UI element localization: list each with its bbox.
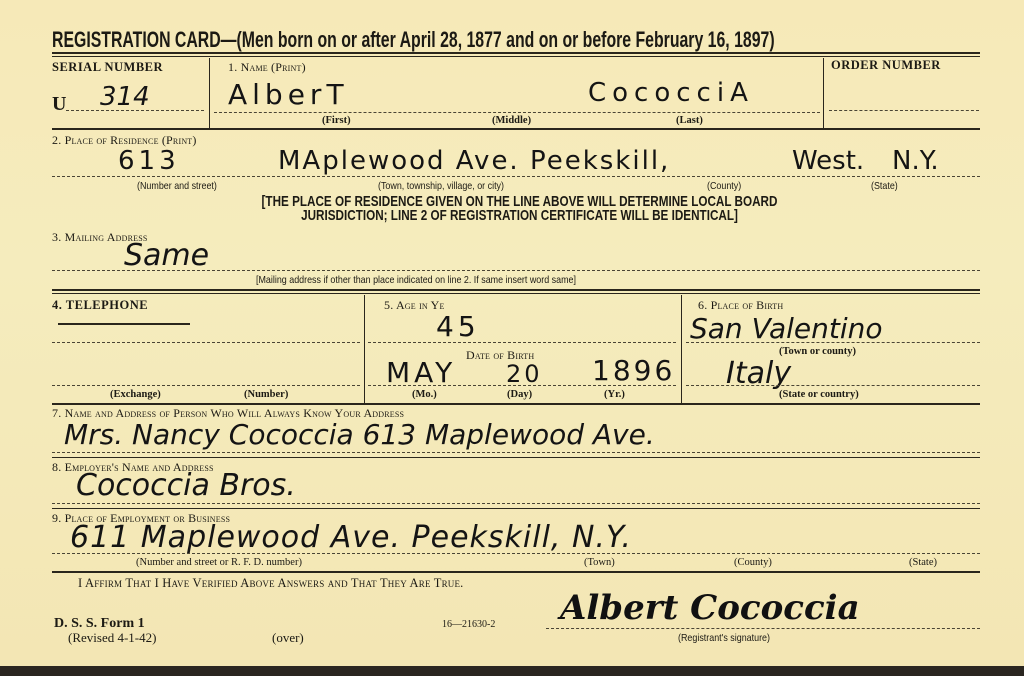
row3-rule [52, 289, 980, 291]
serial-number-label: SERIAL NUMBER [52, 60, 163, 75]
residence-town-field[interactable]: MAplewood Ave. Peekskill, [278, 146, 670, 176]
caption-town: (Town, township, village, or city) [378, 180, 504, 192]
age-field[interactable]: 45 [436, 310, 480, 343]
telephone-field[interactable] [58, 323, 190, 325]
caption-year: (Yr.) [604, 389, 625, 400]
signature-line [546, 628, 980, 629]
row3-rule-2 [52, 293, 980, 294]
jurisdiction-notice-line2: JURISDICTION; LINE 2 OF REGISTRATION CER… [110, 207, 929, 224]
order-number-label: ORDER NUMBER [831, 58, 941, 73]
form-revised: (Revised 4-1-42) [68, 630, 156, 646]
serial-prefix: U [52, 93, 66, 116]
order-divider [823, 58, 824, 128]
contact-person-field[interactable]: Mrs. Nancy Cococcia 613 Maplewood Ave. [64, 418, 655, 451]
caption-exchange: (Exchange) [110, 389, 161, 400]
birth-town-field[interactable]: San Valentino [690, 312, 883, 345]
row9-rule [52, 571, 980, 573]
caption-employment-town: (Town) [584, 557, 615, 568]
caption-month: (Mo.) [412, 389, 437, 400]
signature-caption: (Registrant's signature) [678, 632, 770, 644]
row8-rule [52, 508, 980, 509]
first-name-field[interactable]: AlberT [228, 78, 349, 111]
telephone-line-2 [52, 385, 360, 386]
age-line [368, 342, 676, 343]
name-line [214, 112, 820, 113]
caption-last: (Last) [676, 115, 703, 126]
telephone-line-1 [52, 342, 360, 343]
telephone-divider [364, 295, 365, 403]
caption-county: (County) [707, 180, 741, 192]
employer-line [52, 503, 980, 504]
residence-state-field[interactable]: N.Y. [892, 146, 939, 176]
caption-day: (Day) [507, 389, 532, 400]
card-title: REGISTRATION CARD—(Men born on or after … [52, 27, 775, 53]
row1-rule [52, 128, 980, 130]
over-note: (over) [272, 630, 304, 646]
print-code: 16—21630-2 [442, 619, 495, 630]
row6-rule [52, 403, 980, 405]
affirmation-text: I Affirm That I Have Verified Above Answ… [78, 576, 464, 591]
order-number-field[interactable] [829, 110, 979, 111]
caption-telephone-number: (Number) [244, 389, 288, 400]
caption-employment-county: (County) [734, 557, 772, 568]
employment-place-field[interactable]: 611 Maplewood Ave. Peekskill, N.Y. [70, 520, 632, 555]
caption-state-country: (State or country) [779, 389, 859, 400]
registrant-signature[interactable]: Albert Cococcia [560, 588, 860, 628]
name-label: 1. Name (Print) [228, 60, 306, 75]
residence-street-field[interactable]: 613 [118, 146, 180, 176]
employer-field[interactable]: Cococcia Bros. [76, 468, 296, 503]
caption-state: (State) [871, 180, 898, 192]
caption-employment-state: (State) [909, 557, 937, 568]
residence-county-field[interactable]: West. [792, 146, 864, 176]
birth-year-field[interactable]: 1896 [592, 354, 675, 387]
dob-line [368, 385, 676, 386]
birth-town-line [686, 342, 980, 343]
row7-rule [52, 457, 980, 458]
caption-employment-street: (Number and street or R. F. D. number) [136, 557, 302, 568]
mailing-caption: [Mailing address if other than place ind… [256, 274, 576, 286]
mailing-line [52, 270, 980, 271]
birth-day-field[interactable]: 20 [506, 360, 543, 388]
contact-line [52, 452, 980, 453]
caption-first: (First) [322, 115, 351, 126]
serial-number-field[interactable]: 314 [100, 82, 150, 112]
birth-country-line [686, 385, 980, 386]
employment-line [52, 553, 980, 554]
residence-line [52, 176, 980, 177]
mailing-address-field[interactable]: Same [124, 238, 209, 273]
caption-middle: (Middle) [492, 115, 531, 126]
caption-number-street: (Number and street) [137, 180, 217, 192]
age-divider [681, 295, 682, 403]
telephone-label: 4. TELEPHONE [52, 298, 148, 313]
title-rule [52, 52, 980, 54]
registration-card: REGISTRATION CARD—(Men born on or after … [0, 0, 1024, 666]
place-of-birth-label: 6. Place of Birth [698, 298, 783, 313]
title-rule-2 [52, 56, 980, 57]
serial-divider [209, 58, 210, 128]
last-name-field[interactable]: CococciA [588, 78, 754, 108]
